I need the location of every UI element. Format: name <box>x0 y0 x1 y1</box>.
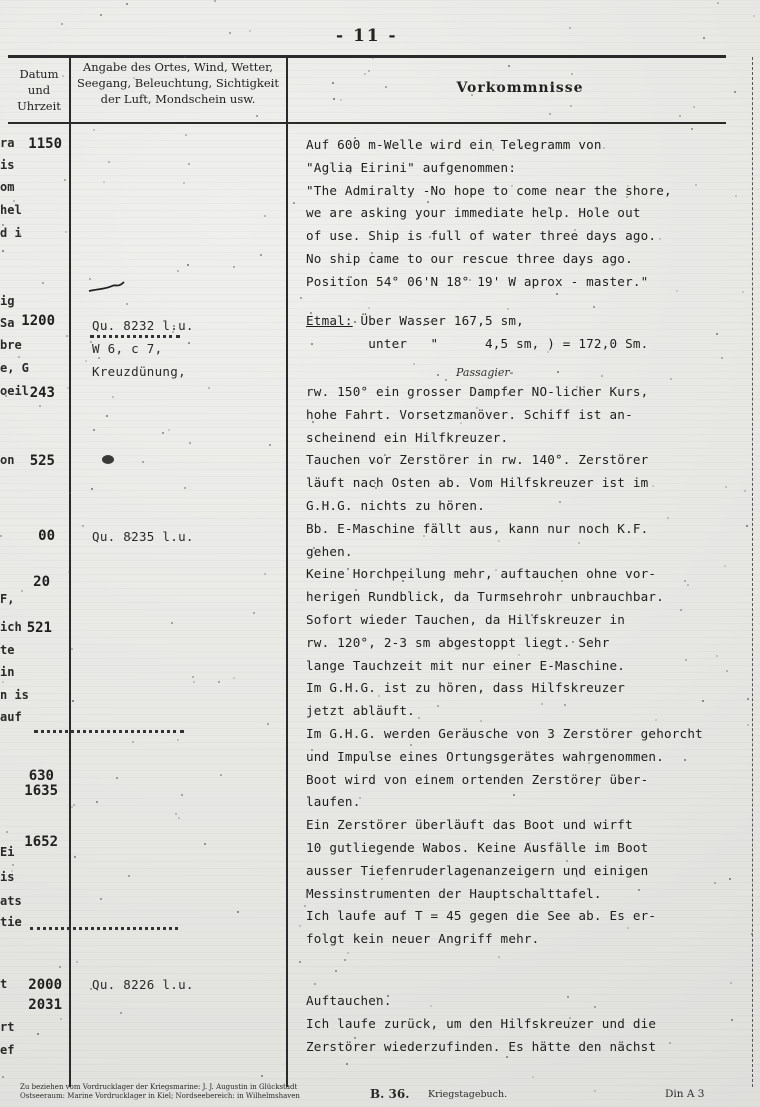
publisher-line: Zu beziehen vom Vordrucklager der Kriegs… <box>20 1083 350 1092</box>
events-line: "Aglia Eirini" aufgenommen: <box>306 157 756 180</box>
events-line: herigen Rundblick, da Turmsehrohr unbrau… <box>306 586 756 609</box>
table-top-rule <box>8 55 726 58</box>
events-line: Position 54° 06'N 18° 19' W aprox - mast… <box>306 271 756 294</box>
margin-fragment: t <box>0 977 7 991</box>
events-line: Ein Zerstörer überläuft das Boot und wir… <box>306 814 756 837</box>
events-line: Boot wird von einem ortenden Zerstörer ü… <box>306 769 756 792</box>
events-line: Im G.H.G. werden Geräusche von 3 Zerstör… <box>306 723 756 746</box>
events-line: ausser Tiefenruderlagenanzeigern und ein… <box>306 860 756 883</box>
location-entry: Qu. 8232 l.u. <box>92 318 194 333</box>
events-line: G.H.G. nichts zu hören. <box>306 495 756 518</box>
header-datetime-line: und <box>10 82 68 98</box>
margin-fragment: tie <box>0 915 22 929</box>
events-block-main: rw. 150° ein grosser Dampfer NO-licher K… <box>306 381 756 951</box>
time-stamp: 00 <box>38 528 55 544</box>
time-stamp: 2031 <box>28 997 62 1013</box>
header-datetime: Datum und Uhrzeit <box>10 66 68 114</box>
header-location-line: Seegang, Beleuchtung, Sichtigkeit <box>72 75 284 91</box>
margin-fragment: te <box>0 643 14 657</box>
margin-fragment: Sa <box>0 316 14 330</box>
margin-fragment: ig <box>0 294 14 308</box>
events-line: scheinend ein Hilfkreuzer. <box>306 427 756 450</box>
events-line: und Impulse eines Ortungsgerätes wahrgen… <box>306 746 756 769</box>
dotted-rule <box>90 335 180 338</box>
dotted-rule <box>34 730 184 733</box>
events-line: Bb. E-Maschine fällt aus, kann nur noch … <box>306 518 756 541</box>
handwritten-annotation: Passagier- <box>456 366 513 379</box>
margin-fragment: ats <box>0 894 22 908</box>
events-block-surfacing: Auftauchen.Ich laufe zurück, um den Hilf… <box>306 990 756 1058</box>
events-line: of use. Ship is full of water three days… <box>306 225 756 248</box>
events-line: we are asking your immediate help. Hole … <box>306 202 756 225</box>
column-divider-location <box>286 57 288 1087</box>
location-entry: Qu. 8226 l.u. <box>92 977 194 992</box>
ink-blot <box>102 455 114 464</box>
margin-fragment: hel <box>0 203 22 217</box>
events-block-telegram: Auf 600 m-Welle wird ein Telegramm von"A… <box>306 134 756 294</box>
form-number: B. 36. <box>370 1087 409 1101</box>
events-line: gehen. <box>306 541 756 564</box>
events-line: rw. 120°, 2-3 sm abgestoppt liegt. Sehr <box>306 632 756 655</box>
page-number: - 11 - <box>336 26 398 46</box>
events-line: Sofort wieder Tauchen, da Hilfskreuzer i… <box>306 609 756 632</box>
events-line: Auftauchen. <box>306 990 756 1013</box>
margin-fragment: is <box>0 158 14 172</box>
header-location-line: Angabe des Ortes, Wind, Wetter, <box>72 59 284 75</box>
events-line: folgt kein neuer Angriff mehr. <box>306 928 756 951</box>
location-entry: Qu. 8235 l.u. <box>92 529 194 544</box>
margin-fragment: om <box>0 180 14 194</box>
events-etmal-line-2: unter " 4,5 sm, ) = 172,0 Sm. <box>306 333 756 356</box>
time-stamp: 243 <box>30 385 55 401</box>
time-stamp: 1635 <box>24 783 58 799</box>
margin-fragment: in <box>0 665 14 679</box>
events-line: 10 gutliegende Wabos. Keine Ausfälle im … <box>306 837 756 860</box>
header-location: Angabe des Ortes, Wind, Wetter, Seegang,… <box>72 59 284 107</box>
margin-fragment: rt <box>0 1020 14 1034</box>
time-stamp: 20 <box>33 574 50 590</box>
publisher-line: Ostseeraum: Marine Vordrucklager in Kiel… <box>20 1092 350 1101</box>
publisher-imprint: Zu beziehen vom Vordrucklager der Kriegs… <box>20 1083 350 1101</box>
margin-fragment: e, G <box>0 361 29 375</box>
events-line: Ich laufe zurück, um den Hilfskreuzer un… <box>306 1013 756 1036</box>
location-entry: Kreuzdünung, <box>92 364 186 379</box>
events-line: Ich laufe auf T = 45 gegen die See ab. E… <box>306 905 756 928</box>
events-line: rw. 150° ein grosser Dampfer NO-licher K… <box>306 381 756 404</box>
margin-fragment: is <box>0 870 14 884</box>
table-header-rule <box>8 122 726 124</box>
time-stamp: 521 <box>27 620 52 636</box>
margin-fragment: n is <box>0 688 29 702</box>
header-location-line: der Luft, Mondschein usw. <box>72 91 284 107</box>
events-line: laufen. <box>306 791 756 814</box>
header-events: Vorkommnisse <box>290 80 750 96</box>
events-line: hohe Fahrt. Vorsetzmanöver. Schiff ist a… <box>306 404 756 427</box>
paper-size: Din A 3 <box>665 1088 704 1100</box>
margin-fragment: on <box>0 453 14 467</box>
margin-fragment: ef <box>0 1043 14 1057</box>
events-line: Im G.H.G. ist zu hören, dass Hilfskreuze… <box>306 677 756 700</box>
margin-fragment: auf <box>0 710 22 724</box>
time-stamp: 1150 <box>28 136 62 152</box>
events-line: lange Tauchzeit mit nur einer E-Maschine… <box>306 655 756 678</box>
margin-fragment: Ei <box>0 845 14 859</box>
events-line: "The Admiralty -No hope to come near the… <box>306 180 756 203</box>
time-stamp: 630 <box>29 768 54 784</box>
form-title: Kriegstagebuch. <box>428 1089 507 1100</box>
etmal-label: Etmal: <box>306 313 353 328</box>
etmal-line-1: Über Wasser 167,5 sm, <box>353 313 524 328</box>
header-datetime-line: Datum <box>10 66 68 82</box>
time-stamp: 1200 <box>21 313 55 329</box>
margin-fragment: F, <box>0 592 14 606</box>
header-datetime-line: Uhrzeit <box>10 98 68 114</box>
events-line: Keine Horchpeilung mehr, auftauchen ohne… <box>306 563 756 586</box>
margin-fragment: ich <box>0 620 22 634</box>
events-line: Auf 600 m-Welle wird ein Telegramm von <box>306 134 756 157</box>
location-entry: W 6, c 7, <box>92 341 162 356</box>
margin-fragment: ra <box>0 136 14 150</box>
dotted-rule <box>30 927 178 930</box>
time-stamp: 2000 <box>28 977 62 993</box>
handwritten-squiggle-mark <box>88 280 128 294</box>
margin-fragment: bre <box>0 338 22 352</box>
events-line: No ship came to our rescue three days ag… <box>306 248 756 271</box>
events-line: Zerstörer wiederzufinden. Es hätte den n… <box>306 1036 756 1059</box>
time-stamp: 1652 <box>24 834 58 850</box>
events-line: Messinstrumenten der Hauptschalttafel. <box>306 883 756 906</box>
events-line: jetzt abläuft. <box>306 700 756 723</box>
events-etmal: Etmal: Über Wasser 167,5 sm, <box>306 310 756 333</box>
